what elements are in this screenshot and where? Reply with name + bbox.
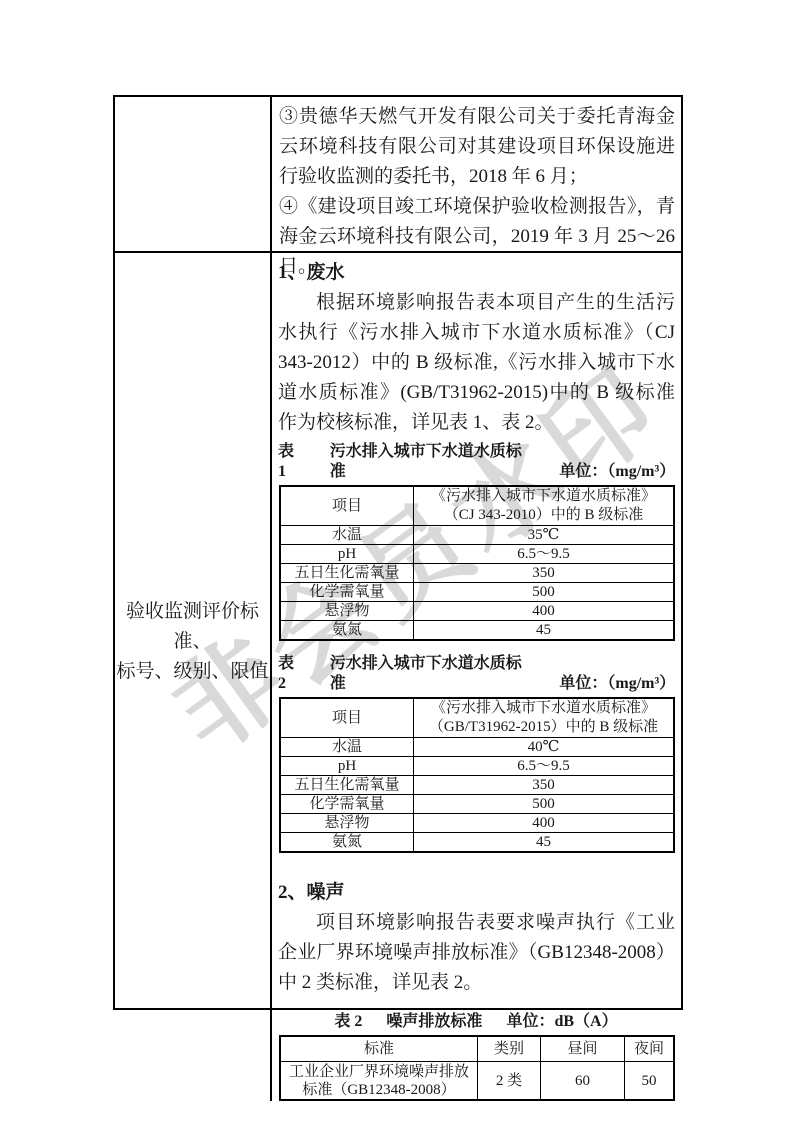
- table-row: 项目 《污水排入城市下水道水质标准》 （GB/T31962-2015）中的 B …: [280, 698, 674, 738]
- noise-standard-name: 工业企业厂界环境噪声排放 标准（GB12348-2008）: [280, 1062, 478, 1101]
- wastewater-table-1: 项目 《污水排入城市下水道水质标准》 （CJ 343-2010）中的 B 级标准…: [279, 485, 675, 641]
- table2-header-item: 项目: [280, 698, 414, 738]
- table2-param: 氨氮: [280, 833, 414, 853]
- criteria-label-line2: 标号、级别、限值: [116, 657, 268, 687]
- noise-header-category: 类别: [478, 1036, 541, 1062]
- table-row: 化学需氧量 500: [280, 795, 674, 814]
- table2-value: 45: [414, 833, 675, 853]
- noise-night-value: 50: [625, 1062, 675, 1101]
- main-table: ③贵德华天燃气开发有限公司关于委托青海金云环境科技有限公司对其建设项目环保设施进…: [113, 95, 683, 1010]
- table2-header-standard: 《污水排入城市下水道水质标准》 （GB/T31962-2015）中的 B 级标准: [414, 698, 675, 738]
- table2-param: 悬浮物: [280, 814, 414, 833]
- noise-day-value: 60: [541, 1062, 625, 1101]
- table-row: pH 6.5～9.5: [280, 545, 674, 564]
- noise-table: 标准 类别 昼间 夜间 工业企业厂界环境噪声排放 标准（GB12348-2008…: [279, 1035, 675, 1101]
- table1-value: 35℃: [414, 526, 675, 545]
- references-cell: ③贵德华天燃气开发有限公司关于委托青海金云环境科技有限公司对其建设项目环保设施进…: [272, 97, 683, 253]
- table1-title-row: 表 1 污水排入城市下水道水质标准 单位：（mg/m³）: [278, 442, 674, 482]
- table-row: 五日生化需氧量 350: [280, 564, 674, 583]
- wastewater-paragraph: 根据环境影响报告表本项目产生的生活污水执行《污水排入城市下水道水质标准》（CJ …: [278, 288, 675, 438]
- table2-value: 40℃: [414, 738, 675, 757]
- table-row: 悬浮物 400: [280, 814, 674, 833]
- noise-table-label: 表 2: [334, 1012, 362, 1032]
- table1-value: 400: [414, 602, 675, 621]
- table1-param: 五日生化需氧量: [280, 564, 414, 583]
- noise-heading: 2、噪声: [278, 878, 675, 908]
- table2-param: 水温: [280, 738, 414, 757]
- empty-cell: [115, 97, 272, 253]
- table1-label: 表 1: [278, 442, 306, 482]
- wastewater-table-2: 项目 《污水排入城市下水道水质标准》 （GB/T31962-2015）中的 B …: [279, 697, 675, 853]
- table-row: pH 6.5～9.5: [280, 757, 674, 776]
- wastewater-heading: 1、废水: [278, 258, 675, 288]
- table1-param: pH: [280, 545, 414, 564]
- content-cell: 1、废水 根据环境影响报告表本项目产生的生活污水执行《污水排入城市下水道水质标准…: [272, 253, 683, 1101]
- table-row: 氨氮 45: [280, 621, 674, 641]
- table1-value: 350: [414, 564, 675, 583]
- noise-header-night: 夜间: [625, 1036, 675, 1062]
- table-row: 五日生化需氧量 350: [280, 776, 674, 795]
- table1-unit: 单位：（mg/m³）: [559, 462, 674, 482]
- table2-unit: 单位：（mg/m³）: [559, 674, 674, 694]
- table2-title: 污水排入城市下水道水质标准: [330, 654, 536, 694]
- table2-param: 五日生化需氧量: [280, 776, 414, 795]
- table1-param: 氨氮: [280, 621, 414, 641]
- table-row: 水温 40℃: [280, 738, 674, 757]
- table1-value: 6.5～9.5: [414, 545, 675, 564]
- noise-table-title: 噪声排放标准: [386, 1012, 482, 1032]
- table-row: 氨氮 45: [280, 833, 674, 853]
- table1-value: 45: [414, 621, 675, 641]
- table-row: 悬浮物 400: [280, 602, 674, 621]
- table2-label: 表 2: [278, 654, 306, 694]
- document-page: 非会员水印 ③贵德华天燃气开发有限公司关于委托青海金云环境科技有限公司对其建设项…: [0, 0, 793, 1122]
- noise-standard-line1: 工业企业厂界环境噪声排放: [283, 1063, 475, 1081]
- table-row: 水温 35℃: [280, 526, 674, 545]
- table2-value: 500: [414, 795, 675, 814]
- noise-header-day: 昼间: [541, 1036, 625, 1062]
- table-row: 标准 类别 昼间 夜间: [280, 1036, 674, 1062]
- table-row: 项目 《污水排入城市下水道水质标准》 （CJ 343-2010）中的 B 级标准: [280, 486, 674, 526]
- reference-item-3: ③贵德华天燃气开发有限公司关于委托青海金云环境科技有限公司对其建设项目环保设施进…: [279, 102, 675, 192]
- criteria-label-cell: 验收监测评价标准、 标号、级别、限值: [115, 253, 272, 1101]
- table1-param: 悬浮物: [280, 602, 414, 621]
- noise-table-title-row: 表 2 噪声排放标准 单位：dB（A）: [278, 1012, 674, 1032]
- table1-param: 化学需氧量: [280, 583, 414, 602]
- table1-header-standard-line1: 《污水排入城市下水道水质标准》: [416, 487, 671, 506]
- table1-header-item: 项目: [280, 486, 414, 526]
- table1-param: 水温: [280, 526, 414, 545]
- table2-param: 化学需氧量: [280, 795, 414, 814]
- noise-paragraph: 项目环境影响报告表要求噪声执行《工业企业厂界环境噪声排放标准》（GB12348-…: [278, 908, 675, 998]
- noise-header-standard: 标准: [280, 1036, 478, 1062]
- table2-param: pH: [280, 757, 414, 776]
- table2-value: 6.5～9.5: [414, 757, 675, 776]
- table1-title: 污水排入城市下水道水质标准: [330, 442, 536, 482]
- table1-header-standard: 《污水排入城市下水道水质标准》 （CJ 343-2010）中的 B 级标准: [414, 486, 675, 526]
- noise-table-unit: 单位：dB（A）: [506, 1012, 617, 1032]
- criteria-label-line1: 验收监测评价标准、: [115, 597, 270, 657]
- table-row: 工业企业厂界环境噪声排放 标准（GB12348-2008） 2 类 60 50: [280, 1062, 674, 1101]
- table2-value: 400: [414, 814, 675, 833]
- table1-header-standard-line2: （CJ 343-2010）中的 B 级标准: [416, 506, 671, 525]
- table1-value: 500: [414, 583, 675, 602]
- table-row: 化学需氧量 500: [280, 583, 674, 602]
- table2-header-standard-line2: （GB/T31962-2015）中的 B 级标准: [416, 718, 671, 737]
- table2-title-row: 表 2 污水排入城市下水道水质标准 单位：（mg/m³）: [278, 654, 674, 694]
- noise-standard-line2: 标准（GB12348-2008）: [283, 1081, 475, 1099]
- noise-category-value: 2 类: [478, 1062, 541, 1101]
- table2-header-standard-line1: 《污水排入城市下水道水质标准》: [416, 699, 671, 718]
- table2-value: 350: [414, 776, 675, 795]
